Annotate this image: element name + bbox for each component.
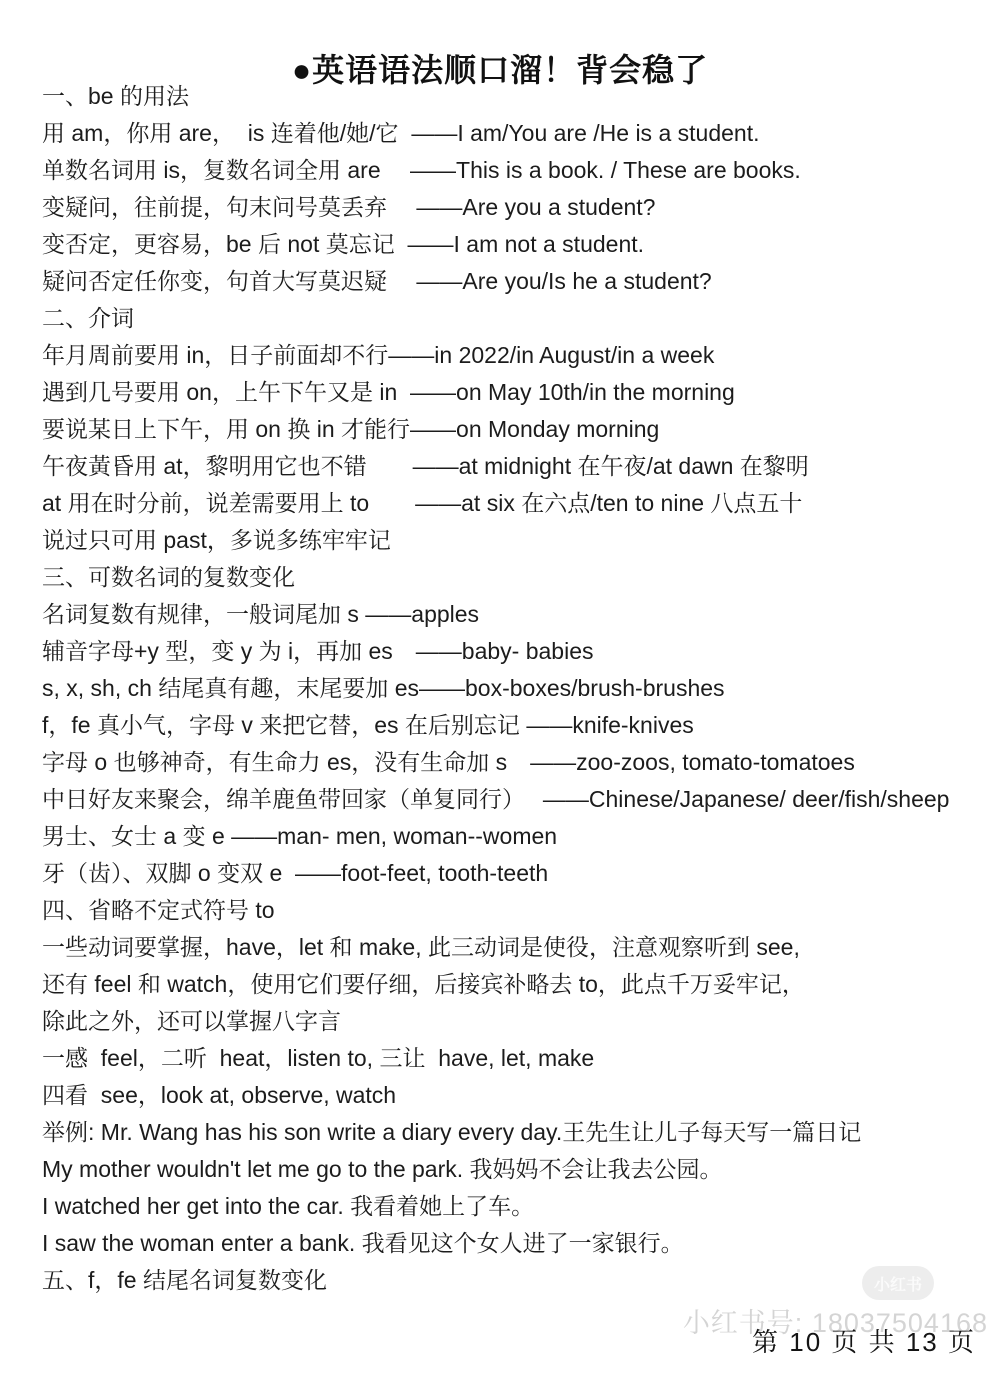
text-line: 除此之外，还可以掌握八字言 [42,1003,984,1040]
text-line: 变否定，更容易，be 后 not 莫忘记 ——I am not a studen… [42,226,984,263]
text-line: I saw the woman enter a bank. 我看见这个女人进了一… [42,1225,984,1262]
xiaohongshu-badge-label: 小红书 [874,1272,922,1295]
text-line: 说过只可用 past，多说多练牢牢记 [42,522,984,559]
text-line: 四、省略不定式符号 to [42,892,984,929]
text-line: 一感 feel，二听 heat，listen to, 三让 have, let,… [42,1040,984,1077]
page-number-footer: 第 10 页 共 13 页 [752,1322,976,1359]
text-line: s, x, sh, ch 结尾真有趣，末尾要加 es——box-boxes/br… [42,670,984,707]
text-line: 用 am，你用 are， is 连着他/她/它 ——I am/You are /… [42,115,984,152]
text-line: 辅音字母+y 型，变 y 为 i，再加 es ——baby- babies [42,633,984,670]
text-line: 四看 see，look at, observe, watch [42,1077,984,1114]
text-line: 一些动词要掌握，have，let 和 make, 此三动词是使役，注意观察听到 … [42,929,984,966]
text-line: 字母 o 也够神奇，有生命力 es，没有生命加 s ——zoo-zoos, to… [42,744,984,781]
text-line: 年月周前要用 in，日子前面却不行——in 2022/in August/in … [42,337,984,374]
content-lines: 一、be 的用法用 am，你用 are， is 连着他/她/它 ——I am/Y… [42,78,984,1299]
xiaohongshu-badge: 小红书 [862,1266,934,1300]
text-line: 午夜黃昏用 at，黎明用它也不错 ——at midnight 在午夜/at da… [42,448,984,485]
text-line: 要说某日上下午，用 on 换 in 才能行——on Monday morning [42,411,984,448]
document-page: ●英语语法顺口溜！背会稳了 一、be 的用法用 am，你用 are， is 连着… [0,0,1000,1376]
text-line: 三、可数名词的复数变化 [42,559,984,596]
text-line: f，fe 真小气，字母 v 来把它替，es 在后别忘记 ——knife-kniv… [42,707,984,744]
text-line: 变疑问，往前提，句末问号莫丢弃 ——Are you a student? [42,189,984,226]
text-line: 中日好友来聚会，绵羊鹿鱼带回家（单复同行） ——Chinese/Japanese… [42,781,984,818]
text-line: 男士、女士 a 变 e ——man- men, woman--women [42,818,984,855]
text-line: 举例: Mr. Wang has his son write a diary e… [42,1114,984,1151]
text-line: 牙（齿）、双脚 o 变双 e ——foot-feet, tooth-teeth [42,855,984,892]
text-line: 还有 feel 和 watch，使用它们要仔细，后接宾补略去 to，此点千万妥牢… [42,966,984,1003]
text-line: My mother wouldn't let me go to the park… [42,1151,984,1188]
text-line: 五、f，fe 结尾名词复数变化 [42,1262,984,1299]
text-line: 单数名词用 is，复数名词全用 are ——This is a book. / … [42,152,984,189]
text-line: 疑问否定任你变，句首大写莫迟疑 ——Are you/Is he a studen… [42,263,984,300]
text-line: 名词复数有规律，一般词尾加 s ——apples [42,596,984,633]
text-line: 一、be 的用法 [42,78,984,115]
text-line: at 用在时分前，说差需要用上 to ——at six 在六点/ten to n… [42,485,984,522]
text-line: 遇到几号要用 on，上午下午又是 in ——on May 10th/in the… [42,374,984,411]
text-line: I watched her get into the car. 我看着她上了车。 [42,1188,984,1225]
text-line: 二、介词 [42,300,984,337]
